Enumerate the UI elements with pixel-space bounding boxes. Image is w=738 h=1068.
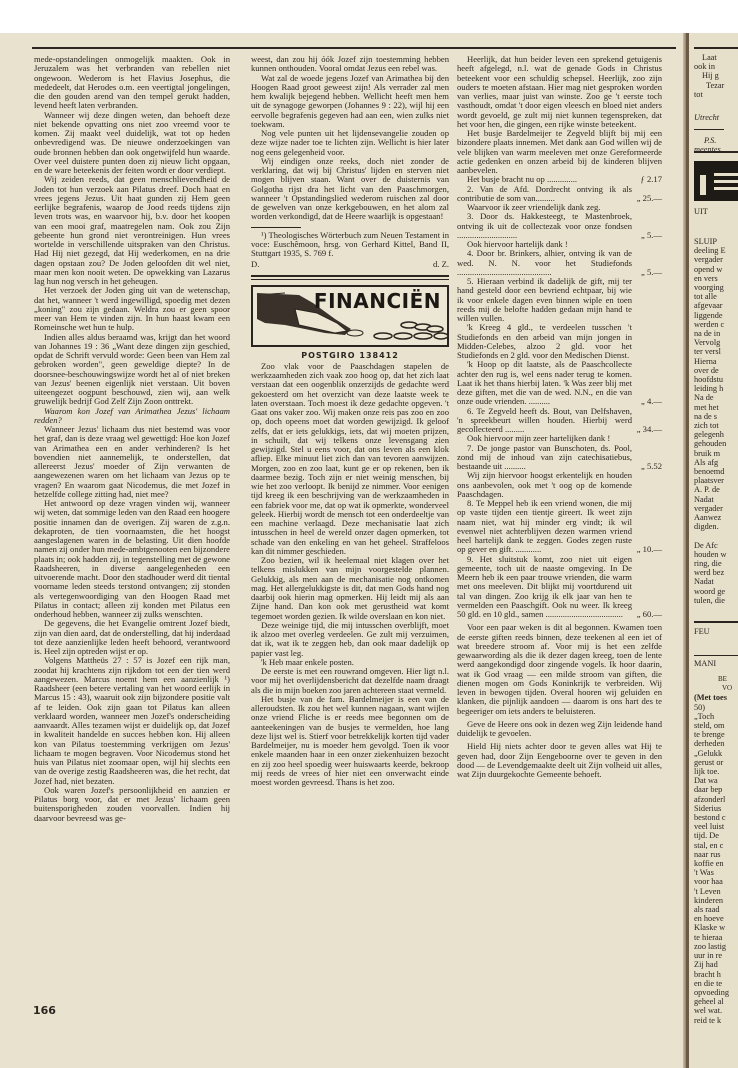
text-line: houden w: [694, 550, 738, 559]
postgiro-number: POSTGIRO 138412: [251, 351, 449, 360]
feuilleton-subrule: [694, 655, 738, 656]
ledger-amount: „ 4.—: [632, 397, 662, 406]
text-line: SLUIP: [694, 237, 738, 246]
text-line: te hieraa: [694, 933, 738, 942]
text-line: geheel al: [694, 997, 738, 1006]
text-line: daar bep: [694, 785, 738, 794]
text-line: koffie en: [694, 859, 738, 868]
text-line: digden.: [694, 522, 738, 531]
text-line: Dat wa: [694, 776, 738, 785]
text-line: kinderen: [694, 896, 738, 905]
text-line: 50): [694, 703, 738, 712]
paragraph: Deze weinige tijd, die mij intusschen ov…: [251, 621, 449, 658]
next-page-text-bottom: BEVO(Met toes50)„Tochsteld, omte brenged…: [694, 675, 738, 1025]
text-line: Tezar: [694, 81, 738, 90]
ledger-text: 5. Hieraan verbind ik dadelijk de gift, …: [457, 277, 632, 323]
text-line: Als afg: [694, 458, 738, 467]
text-line: en hoeve: [694, 914, 738, 923]
text-line: A. P. de: [694, 485, 738, 494]
text-line: werd bez: [694, 568, 738, 577]
section-title: UIT: [694, 207, 738, 216]
ledger-entry: 3. Door ds. Hakkesteegt, te Mastenbroek,…: [457, 212, 662, 240]
ledger-amount: „ 5.52: [632, 462, 662, 471]
paragraph: Geve de Heere ons ook in dezen weg Zijn …: [457, 720, 662, 739]
ledger-amount: „ 5.—: [632, 268, 662, 277]
text-line: ring, die: [694, 559, 738, 568]
text-line: Aanwez: [694, 513, 738, 522]
text-line: tot alle: [694, 292, 738, 301]
ledger-text: 2. Van de Afd. Dordrecht ontving ik als …: [457, 185, 632, 204]
paragraph: Het antwoord op deze vragen vinden wij, …: [34, 499, 230, 619]
text-line: veel luist: [694, 822, 738, 831]
text-line: lijk toe.: [694, 767, 738, 776]
paragraph: Wanneer Jezus' lichaam dus niet bestemd …: [34, 425, 230, 499]
text-line: vergader: [694, 504, 738, 513]
text-line: „Toch: [694, 712, 738, 721]
signature-line: D. d. Z.: [251, 260, 449, 269]
paragraph: Wat zal de woede jegens Jozef van Arimat…: [251, 74, 449, 130]
paragraph: Wij zeiden reeds, dat geen menschlievend…: [34, 175, 230, 286]
ledger-entry: 9. Het sluitstuk komt, zoo niet uit eige…: [457, 555, 662, 620]
text-line: (Met toes: [694, 693, 738, 702]
feuilleton-rule: [694, 621, 738, 623]
ledger-entry: 6. Te Zegveld heeft ds. Bout, van Delfsh…: [457, 407, 662, 435]
ledger-amount: „ 10.—: [632, 545, 662, 554]
text-line: uur in re: [694, 951, 738, 960]
text-line: Na de: [694, 393, 738, 402]
ledger-entry: Wij zijn hiervoor hoogst erkentelijk en …: [457, 471, 662, 499]
text-line: bracht h: [694, 970, 738, 979]
paragraph: Zoo vlak voor de Paaschdagen stapelen de…: [251, 362, 449, 556]
place-line: Utrecht: [694, 113, 738, 122]
paragraph: mede-opstandelingen onmogelijk maakten. …: [34, 55, 230, 111]
text-line: tot: [694, 90, 738, 99]
text-line: stal, en c: [694, 841, 738, 850]
signature-left: D.: [251, 260, 259, 269]
text-line: BE: [694, 675, 738, 684]
text-line: werden c: [694, 320, 738, 329]
text-line: Hij g: [694, 71, 738, 80]
ledger-entry: 4. Door br. Brinkers, alhier, ontving ik…: [457, 249, 662, 277]
text-line: zoo lastig: [694, 942, 738, 951]
text-line: deeling E: [694, 246, 738, 255]
ledger-amount: „ 5.—: [632, 231, 662, 240]
next-page-rule: [694, 47, 738, 49]
text-line: „Gelukk: [694, 749, 738, 758]
ledger-amount: „ 60.—: [632, 610, 662, 619]
ledger-amount: ƒ 2.17: [632, 175, 662, 184]
text-line: afzonderl: [694, 795, 738, 804]
ledger-text: 4. Door br. Brinkers, alhier, ontving ik…: [457, 249, 632, 277]
text-line: als raad: [694, 905, 738, 914]
text-line: afgevaar: [694, 301, 738, 310]
coins-icon: [373, 321, 449, 341]
column-1: mede-opstandelingen onmogelijk maakten. …: [34, 55, 230, 823]
ledger-text: 6. Te Zegveld heeft ds. Bout, van Delfsh…: [457, 407, 632, 435]
text-line: gerust or: [694, 758, 738, 767]
feuilleton-title: FEU: [694, 627, 738, 636]
text-line: Zij had: [694, 960, 738, 969]
text-line: wel wat.: [694, 1006, 738, 1015]
paragraph: Volgens Mattheüs 27 : 57 is Jozef een ri…: [34, 656, 230, 786]
text-line: opvoeding: [694, 988, 738, 997]
footnote: ¹) Theologisches Wörterbuch zum Neuen Te…: [251, 231, 449, 259]
text-line: Laat: [694, 53, 738, 62]
column-3: Heerlijk, dat hun beider leven een sprek…: [457, 55, 662, 779]
text-line: derheden: [694, 739, 738, 748]
text-line: bruik m: [694, 449, 738, 458]
text-line: De Afc: [694, 541, 738, 550]
text-line: en vers: [694, 274, 738, 283]
column-logo-icon: [694, 161, 738, 201]
text-line: ter versl: [694, 347, 738, 356]
ledger-entry: 'k Kreeg 4 gld., te verdeelen tusschen '…: [457, 323, 662, 360]
paragraph: weest, dan zou hij óók Jozef zijn toeste…: [251, 55, 449, 74]
paragraph: Indien alles aldus beraamd was, krijgt d…: [34, 333, 230, 407]
text-line: Nadat: [694, 495, 738, 504]
paragraph: Het verzoek der Joden ging uit van de we…: [34, 286, 230, 332]
page-number: 166: [33, 1004, 56, 1017]
footnote-rule: [251, 227, 301, 228]
ledger-amount: „ 25.—: [632, 194, 662, 203]
text-line: Nadat: [694, 577, 738, 586]
text-line: Hierna: [694, 357, 738, 366]
text-line: liggende: [694, 311, 738, 320]
text-line: na de s: [694, 412, 738, 421]
ledger-amount: „ 34.—: [632, 425, 662, 434]
text-line: gelegenh: [694, 430, 738, 439]
top-rule: [32, 47, 676, 49]
ledger-text: 7. De jonge pastor van Bunschoten, ds. P…: [457, 444, 632, 472]
paragraph: Wij eindigen onze reeks, doch niet zonde…: [251, 157, 449, 222]
text-line: Siderius: [694, 804, 738, 813]
ledger-text: Wij zijn hiervoor hoogst erkentelijk en …: [457, 471, 632, 499]
text-line: tijd. De: [694, 831, 738, 840]
text-line: naar rus: [694, 850, 738, 859]
paragraph: De gegevens, die het Evangelie omtrent J…: [34, 619, 230, 656]
text-line: benoemd: [694, 467, 738, 476]
feuilleton-subtitle: MANI: [694, 659, 738, 668]
text-line: 't Leven: [694, 887, 738, 896]
paragraph: Het busje Bardelmeijer te Zegveld blijft…: [457, 129, 662, 175]
ledger-text: 'k Kreeg 4 gld., te verdeelen tusschen '…: [457, 323, 632, 360]
text-line: Klaske w: [694, 923, 738, 932]
next-page-edge: Laat ook in Hij g Tezar tot Utrecht P.S.…: [686, 33, 738, 1068]
ledger-entry: 'k Hoop op dit laatste, als de Paaschcol…: [457, 360, 662, 406]
text-line: woord ge: [694, 587, 738, 596]
text-line: over de: [694, 366, 738, 375]
ledger-entry: 2. Van de Afd. Dordrecht ontving ik als …: [457, 185, 662, 204]
text-line: steld, om: [694, 721, 738, 730]
text-line: vergader: [694, 255, 738, 264]
text-line: te brenge: [694, 730, 738, 739]
text-line: Vervolg: [694, 338, 738, 347]
text-line: gehouden: [694, 439, 738, 448]
next-page-divider: [694, 151, 738, 153]
paragraph: Voor een paar weken is dit al begonnen. …: [457, 623, 662, 716]
paragraph: Nog vele punten uit het lijdensevangelie…: [251, 129, 449, 157]
ledger-entry: 7. De jonge pastor van Bunschoten, ds. P…: [457, 444, 662, 472]
text-line: 't Was: [694, 868, 738, 877]
paragraph: Hield Hij niets achter door te geven all…: [457, 742, 662, 779]
section-divider: [251, 275, 449, 280]
ledger-entry: 8. Te Meppel heb ik een vriend wonen, di…: [457, 499, 662, 555]
text-line: hoofdstu: [694, 375, 738, 384]
ledger-text: 3. Door ds. Hakkesteegt, te Mastenbroek,…: [457, 212, 632, 240]
text-line: en die te: [694, 979, 738, 988]
text-line: voorging: [694, 283, 738, 292]
paragraph: Ook waren Jozef's persoonlijkheid en aan…: [34, 786, 230, 823]
column-2: weest, dan zou hij óók Jozef zijn toeste…: [251, 55, 449, 787]
text-line: leiding h: [694, 384, 738, 393]
banner-title: FINANCIËN: [314, 297, 441, 306]
text-line: ook in: [694, 62, 738, 71]
signature-right: d. Z.: [433, 260, 449, 269]
ledger-text: 8. Te Meppel heb ik een vriend wonen, di…: [457, 499, 632, 555]
next-page-text-top: Laat ook in Hij g Tezar tot Utrecht P.S.…: [694, 53, 738, 155]
text-line: bestond c: [694, 813, 738, 822]
next-page-text-mid: SLUIPdeeling Evergaderopend wen versvoor…: [694, 237, 738, 605]
paragraph: De eerste is met een rouwrand omgeven. H…: [251, 667, 449, 695]
paragraph: Zoo bezien, wil ik heelemaal niet klagen…: [251, 556, 449, 621]
text-line: na de in: [694, 329, 738, 338]
text-line: reid te k: [694, 1016, 738, 1025]
paragraph: Wanneer wij deze dingen weten, dan behoe…: [34, 111, 230, 176]
ledger-entry: 5. Hieraan verbind ik dadelijk de gift, …: [457, 277, 662, 323]
financien-banner: FINANCIËN: [251, 285, 449, 347]
ps-line: P.S.: [694, 136, 738, 145]
text-line: zich tot: [694, 421, 738, 430]
text-line: tulen, die: [694, 596, 738, 605]
text-line: voor haa: [694, 877, 738, 886]
ledger-text: 9. Het sluitstuk komt, zoo niet uit eige…: [457, 555, 632, 620]
section-heading: Waarom kon Jozef van Arimathea Jezus' li…: [34, 407, 230, 426]
text-line: plaatsver: [694, 476, 738, 485]
text-line: met het: [694, 403, 738, 412]
ledger-text: 'k Hoop op dit laatste, als de Paaschcol…: [457, 360, 632, 406]
paragraph: Heerlijk, dat hun beider leven een sprek…: [457, 55, 662, 129]
text-line: VO: [694, 684, 738, 693]
paragraph: Het busje van de fam. Bardelmeijer is ee…: [251, 695, 449, 788]
text-line: opend w: [694, 265, 738, 274]
